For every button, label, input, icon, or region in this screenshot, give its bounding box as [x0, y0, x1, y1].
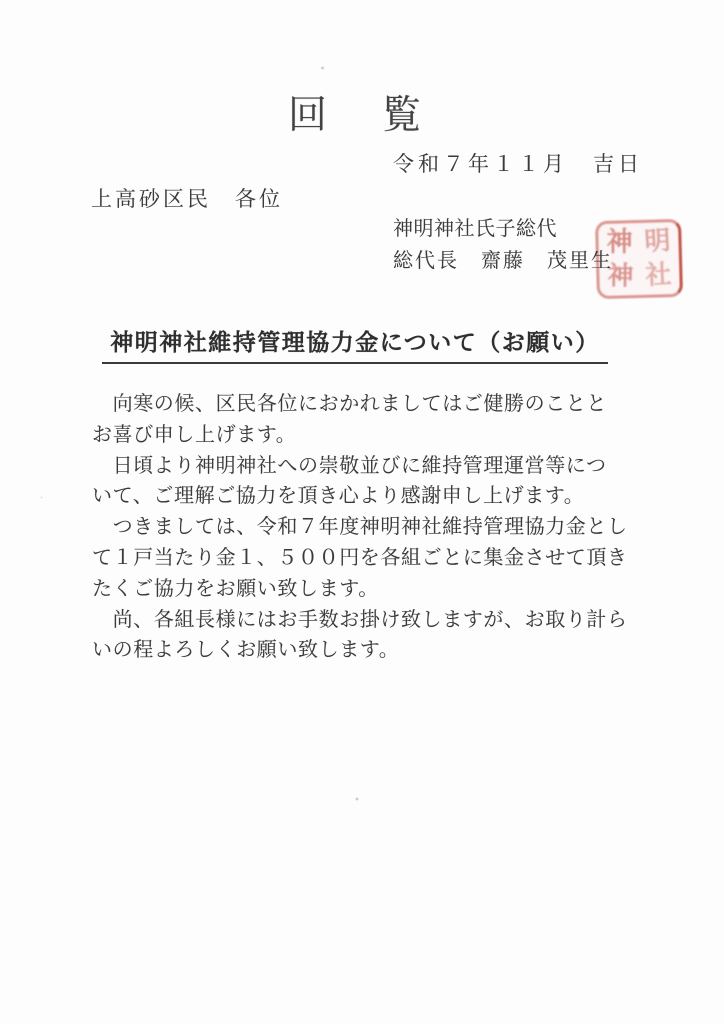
body-line: て１戸当たり金１、５００円を各組ごとに集金させて頂き — [92, 543, 652, 574]
subject-heading-row: 神明神社維持管理協力金について（お願い） — [0, 324, 717, 364]
issue-date: 令和７年１１月 吉日 — [393, 148, 643, 178]
body-line: つきましては、令和７年度神明神社維持管理協力金とし — [92, 512, 652, 543]
body-line: 尚、各組長様にはお手数お掛け致しますが、お取り計ら — [92, 605, 652, 636]
body-line: お喜び申し上げます。 — [92, 420, 652, 451]
addressee-line: 上高砂区民 各位 — [91, 183, 283, 213]
page-title: 回 覧 — [288, 84, 429, 140]
body-line: 向寒の候、区民各位におかれましてはご健勝のことと — [92, 389, 652, 420]
scanned-letter-page: 回 覧 令和７年１１月 吉日 上高砂区民 各位 神明神社氏子総代 総代長 齋藤 … — [0, 0, 724, 1024]
scan-artifact-dot — [320, 66, 325, 70]
subject-heading: 神明神社維持管理協力金について（お願い） — [102, 324, 608, 364]
seal-glyph: 社 — [645, 262, 672, 289]
scan-artifact-dot — [355, 797, 359, 801]
body-line: いて、ご理解ご協力を頂き心より感謝申し上げます。 — [92, 481, 652, 512]
sender-organization: 神明神社氏子総代 — [393, 212, 557, 241]
body-line: たくご協力をお願い致します。 — [92, 574, 652, 605]
body-line: いの程よろしくお願い致します。 — [92, 635, 652, 666]
letter-body: 向寒の候、区民各位におかれましてはご健勝のことと お喜び申し上げます。 日頃より… — [92, 389, 652, 666]
sender-representative: 総代長 齋藤 茂里生 — [393, 244, 613, 273]
body-line: 日頃より神明神社への崇敬並びに維持管理運営等につ — [92, 451, 652, 482]
scan-artifact-dot — [40, 496, 43, 499]
seal-glyph: 明 — [644, 228, 672, 256]
